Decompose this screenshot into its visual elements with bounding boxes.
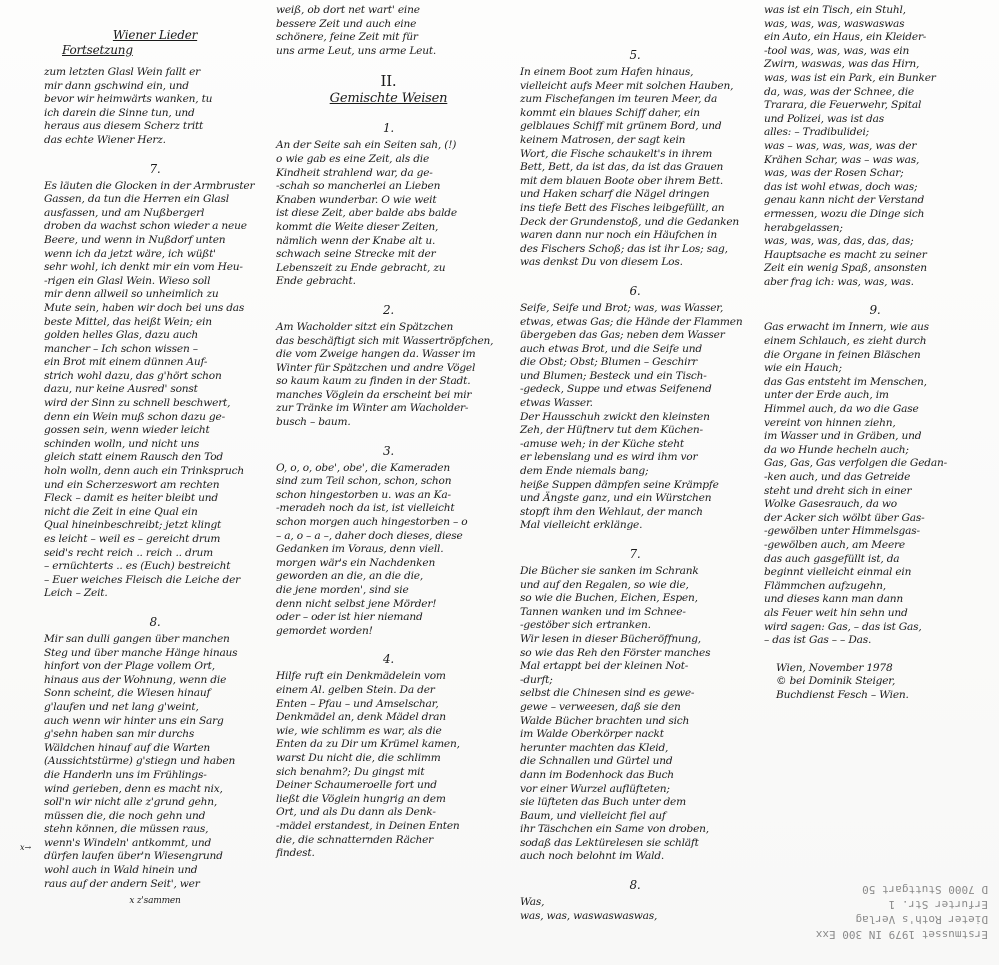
text-line: Seife, Seife und Brot; was, was Wasser,: [520, 302, 750, 316]
text-line: einem Al. gelben Stein. Da der: [276, 684, 501, 698]
text-line: dazu, nur keine Ausred' sonst: [44, 383, 266, 397]
text-line: wenn ich da jetzt wäre, ich wüßt': [44, 248, 266, 262]
text-line: -tool was, was, was, was ein: [764, 45, 986, 59]
text-line: was ist ein Tisch, ein Stuhl,: [764, 4, 986, 18]
text-line: das ist wohl etwas, doch was;: [764, 181, 986, 195]
text-line: An der Seite sah ein Seiten sah, (!): [276, 139, 501, 153]
text-line: waren dann nur noch ein Häufchen in: [520, 229, 750, 243]
text-line: Am Wacholder sitzt ein Spätzchen: [276, 321, 501, 335]
text-line: wird der Sinn zu schnell beschwert,: [44, 397, 266, 411]
text-line: ließt die Vöglein hungrig an dem: [276, 793, 501, 807]
section-number: 3.: [276, 444, 501, 458]
text-line: auch noch belohnt im Wald.: [520, 850, 750, 864]
text-line: © bei Dominik Steiger,: [776, 675, 986, 689]
text-line: In einem Boot zum Hafen hinaus,: [520, 66, 750, 80]
text-line: so wie das Reh den Förster manches: [520, 647, 750, 661]
text-line: schwach seine Strecke mit der: [276, 248, 501, 262]
text-line: Beere, und wenn in Nußdorf unten: [44, 234, 266, 248]
text-line: droben da wachst schon wieder a neue: [44, 220, 266, 234]
text-line: heraus aus diesem Scherz tritt: [44, 120, 266, 134]
text-line: beginnt vielleicht einmal ein: [764, 566, 986, 580]
text-line: Trarara, die Feuerwehr, Spital: [764, 99, 986, 113]
text-line: und ein Scherzeswort am rechten: [44, 479, 266, 493]
text-line: auch wenn wir hinter uns ein Sarg: [44, 715, 266, 729]
text-line: Hauptsache es macht zu seiner: [764, 249, 986, 263]
text-line: schinden wolln, und nicht uns: [44, 438, 266, 452]
text-line: denn nicht selbst jene Mörder!: [276, 598, 501, 612]
footnote: x z'sammen: [44, 895, 266, 909]
text-line: und Ängste ganz, und ein Würstchen: [520, 492, 750, 506]
text-line: Gas erwacht im Innern, wie aus: [764, 321, 986, 335]
text-line: findest.: [276, 847, 501, 861]
text-line: g'laufen und net lang g'weint,: [44, 701, 266, 715]
text-line: Knaben wunderbar. O wie weit: [276, 194, 501, 208]
text-line: und Haken scharf die Nägel dringen: [520, 188, 750, 202]
text-line: beste Mittel, das heißt Wein; ein: [44, 316, 266, 330]
text-line: ihr Täschchen ein Same von droben,: [520, 823, 750, 837]
column-2: weiß, ob dort net wart' einebessere Zeit…: [276, 0, 501, 861]
text-line: Erfurter Str. 1: [778, 897, 988, 912]
text-line: Deiner Schaumeroelle fort und: [276, 779, 501, 793]
text-line: das beschäftigt sich mit Wassertröpfchen…: [276, 335, 501, 349]
text-line: die Organe in feinen Bläschen: [764, 349, 986, 363]
text-line: Wir lesen in dieser Bücheröffnung,: [520, 633, 750, 647]
text-line: weiß, ob dort net wart' eine: [276, 4, 501, 18]
part-number: II.: [276, 72, 501, 90]
text-line: die Obst; Obst; Blumen – Geschirr: [520, 356, 750, 370]
text-line: Die Bücher sie sanken im Schrank: [520, 565, 750, 579]
text-line: sie lüfteten das Buch unter dem: [520, 796, 750, 810]
text-line: hinaus aus der Wohnung, wenn die: [44, 674, 266, 688]
text-line: Leich – Zeit.: [44, 587, 266, 601]
section-number: 8.: [44, 615, 266, 629]
text-line: raus auf der andern Seit', wer: [44, 878, 266, 892]
text-line: wind gerieben, denn es macht nix,: [44, 783, 266, 797]
section-text: In einem Boot zum Hafen hinaus,vielleich…: [520, 66, 750, 270]
text-line: selbst die Chinesen sind es gewe-: [520, 687, 750, 701]
text-line: zum letzten Glasl Wein fallt er: [44, 66, 266, 80]
text-line: Ort, und als Du dann als Denk-: [276, 806, 501, 820]
text-line: bevor wir heimwärts wanken, tu: [44, 93, 266, 107]
section-number: 1.: [276, 121, 501, 135]
text-line: Krähen Schar, was – was was,: [764, 154, 986, 168]
text-line: das auch gasgefüllt ist, da: [764, 553, 986, 567]
text-line: manches Vöglein da erscheint bei mir: [276, 389, 501, 403]
text-line: einem Schlauch, es zieht durch: [764, 335, 986, 349]
text-line: Winter für Spätzchen und andre Vögel: [276, 362, 501, 376]
text-line: etwas, etwas Gas; die Hände der Flammen: [520, 316, 750, 330]
text-line: denn ein Wein muß schon dazu ge-: [44, 411, 266, 425]
column-3: 5.In einem Boot zum Hafen hinaus,viellei…: [520, 34, 750, 923]
text-line: etwas Wasser.: [520, 397, 750, 411]
text-line: -ken auch, und das Getreide: [764, 471, 986, 485]
text-line: Walde Bücher brachten und sich: [520, 715, 750, 729]
text-line: wenn's Windeln' antkommt, und: [44, 837, 266, 851]
text-line: o wie gab es eine Zeit, als die: [276, 153, 501, 167]
text-line: aber frag ich: was, was, was.: [764, 276, 986, 290]
text-line: steht und dreht sich in einer: [764, 485, 986, 499]
subtitle: Fortsetzung: [62, 43, 266, 58]
text-line: was, was, was, das, das, das;: [764, 235, 986, 249]
text-line: herunter machten das Kleid,: [520, 742, 750, 756]
text-line: der Acker sich wölbt über Gas-: [764, 512, 986, 526]
text-line: Mir san dulli gangen über manchen: [44, 633, 266, 647]
text-line: Zwirn, waswas, was das Hirn,: [764, 58, 986, 72]
text-line: Flämmchen aufzugehn,: [764, 580, 986, 594]
text-line: Mal vielleicht erklänge.: [520, 519, 750, 533]
text-line: Was,: [520, 896, 750, 910]
text-line: sind zum Teil schon, schon, schon: [276, 475, 501, 489]
text-line: -gestöber sich ertranken.: [520, 619, 750, 633]
text-line: gossen sein, wenn wieder leicht: [44, 424, 266, 438]
text-line: -mädel erstandest, in Deinen Enten: [276, 820, 501, 834]
text-line: -gewölben unter Himmelsgas-: [764, 525, 986, 539]
text-line: Fleck – damit es heiter bleibt und: [44, 492, 266, 506]
text-line: vor einer Wurzel auflüfteten;: [520, 783, 750, 797]
text-line: gleich statt einem Rausch den Tod: [44, 451, 266, 465]
text-line: Wort, die Fische schaukelt's in ihrem: [520, 148, 750, 162]
text-line: Wien, November 1978: [776, 662, 986, 676]
text-line: so kaum kaum zu finden in der Stadt.: [276, 375, 501, 389]
text-line: Dieter Roth's Verlag: [778, 912, 988, 927]
section-number: 7.: [520, 547, 750, 561]
text-line: sehr wohl, ich denkt mir ein vom Heu-: [44, 261, 266, 275]
text-line: ich darein die Sinne tun, und: [44, 107, 266, 121]
text-line: mancher – Ich schon wissen –: [44, 343, 266, 357]
text-line: vielleicht aufs Meer mit solchen Hauben,: [520, 80, 750, 94]
section-text: Hilfe ruft ein Denkmädelein vomeinem Al.…: [276, 670, 501, 860]
text-line: Gedanken im Voraus, denn viell.: [276, 543, 501, 557]
text-line: warst Du nicht die, die schlimm: [276, 752, 501, 766]
text-line: seid's recht reich .. reich .. drum: [44, 547, 266, 561]
section-number: 4.: [276, 652, 501, 666]
text-line: was – was, was, was, was der: [764, 140, 986, 154]
text-line: Zeh, der Hüftnerv tut dem Küchen-: [520, 424, 750, 438]
text-line: im Walde Oberkörper nackt: [520, 728, 750, 742]
text-line: hinfort von der Plage vollem Ort,: [44, 660, 266, 674]
text-line: zum Fischefangen im teuren Meer, da: [520, 93, 750, 107]
section-number: 6.: [520, 284, 750, 298]
text-line: was denkst Du von diesem Los.: [520, 256, 750, 270]
column-4: was ist ein Tisch, ein Stuhl,was, was, w…: [764, 0, 986, 703]
text-line: wie ein Hauch;: [764, 362, 986, 376]
text-line: stehn können, die müssen raus,: [44, 823, 266, 837]
text-line: strich wohl dazu, das g'hört schon: [44, 370, 266, 384]
text-line: wie, wie schlimm es war, als die: [276, 725, 501, 739]
text-line: so wie die Buchen, Eichen, Espen,: [520, 592, 750, 606]
sections: 5.In einem Boot zum Hafen hinaus,viellei…: [520, 48, 750, 923]
text-line: da wo Hunde hecheln auch;: [764, 444, 986, 458]
text-line: ein Brot mit einem dünnen Auf-: [44, 356, 266, 370]
title: Wiener Lieder: [44, 28, 266, 43]
text-line: Es läuten die Glocken in der Armbruster: [44, 180, 266, 194]
section-text: Am Wacholder sitzt ein Spätzchendas besc…: [276, 321, 501, 430]
text-line: – a, o – a –, daher doch dieses, diese: [276, 530, 501, 544]
text-line: und dieses kann man dann: [764, 593, 986, 607]
section-text: Was,was, was, waswaswaswas,: [520, 896, 750, 923]
text-line: D 7000 Stuttgart 50: [778, 882, 988, 897]
text-line: dann im Bodenhock das Buch: [520, 769, 750, 783]
text-line: Himmel auch, da wo die Gase: [764, 403, 986, 417]
text-line: ins tiefe Bett des Fisches leibgefüllt, …: [520, 202, 750, 216]
text-line: ein Auto, ein Haus, ein Kleider-: [764, 31, 986, 45]
text-line: was, was ist ein Park, ein Bunker: [764, 72, 986, 86]
part-title: Gemischte Weisen: [276, 90, 501, 107]
text-line: Lebenszeit zu Ende gebracht, zu: [276, 262, 501, 276]
text-line: Steg und über manche Hänge hinaus: [44, 647, 266, 661]
text-line: was, was, was, waswaswas: [764, 18, 986, 32]
text-line: Ende gebracht.: [276, 275, 501, 289]
text-line: schönere, feine Zeit mit für: [276, 31, 501, 45]
text-line: kommt die Weite dieser Zeiten,: [276, 221, 501, 235]
text-line: -meradeh noch da ist, ist vielleicht: [276, 502, 501, 516]
text-line: Denkmädel an, denk Mädel dran: [276, 711, 501, 725]
section-number: 5.: [520, 48, 750, 62]
text-line: golden helles Glas, dazu auch: [44, 329, 266, 343]
text-line: ist diese Zeit, aber balde abs balde: [276, 207, 501, 221]
text-line: Erstmusset 1979 IN 300 Exx: [778, 927, 988, 942]
text-line: was, was, waswaswaswas,: [520, 910, 750, 924]
text-line: das echte Wiener Herz.: [44, 134, 266, 148]
text-line: (Aussichtstürme) g'stiegn und haben: [44, 755, 266, 769]
publisher-stamp: Erstmusset 1979 IN 300 ExxDieter Roth's …: [778, 882, 988, 942]
text-line: – das ist Gas – – Das.: [764, 634, 986, 648]
text-line: Qual hineinbeschreibt; jetzt klingt: [44, 519, 266, 533]
text-line: des Fischers Schoß; das ist ihr Los; sag…: [520, 243, 750, 257]
text-line: herabgelassen;: [764, 222, 986, 236]
section-number: 9.: [764, 303, 986, 317]
text-line: ausfassen, und am Nußbergerl: [44, 207, 266, 221]
text-line: unter der Erde auch, im: [764, 389, 986, 403]
text-line: O, o, o, obe', obe', die Kameraden: [276, 462, 501, 476]
text-line: mir dann gschwind ein, und: [44, 80, 266, 94]
text-line: gewe – verweesen, daß sie den: [520, 701, 750, 715]
text-line: busch – baum.: [276, 416, 501, 430]
text-line: mit dem blauen Boote ober ihrem Bett.: [520, 175, 750, 189]
continuation-text: weiß, ob dort net wart' einebessere Zeit…: [276, 4, 501, 58]
text-line: alles: – Tradibulidei;: [764, 126, 986, 140]
text-line: vereint von hinnen ziehn,: [764, 417, 986, 431]
text-line: mir denn allweil so unheimlich zu: [44, 288, 266, 302]
text-line: schon morgen auch hingestorben – o: [276, 516, 501, 530]
manuscript-page: Wiener Lieder Fortsetzung zum letzten Gl…: [0, 0, 999, 965]
text-line: da, was, was der Schnee, die: [764, 86, 986, 100]
text-line: kommt ein blaues Schiff daher, ein: [520, 107, 750, 121]
column-1: Wiener Lieder Fortsetzung zum letzten Gl…: [44, 28, 266, 909]
text-line: Buchdienst Fesch – Wien.: [776, 689, 986, 703]
text-line: als Feuer weit hin sehn und: [764, 607, 986, 621]
text-line: dürfen laufen über'n Wiesengrund: [44, 850, 266, 864]
text-line: sich benahm?; Du gingst mit: [276, 766, 501, 780]
text-line: die vom Zweige hangen da. Wasser im: [276, 348, 501, 362]
text-line: und Polizei, was ist das: [764, 113, 986, 127]
text-line: Gassen, da tun die Herren ein Glasl: [44, 193, 266, 207]
text-line: das Gas entsteht im Menschen,: [764, 376, 986, 390]
text-line: auch etwas Brot, und die Seife und: [520, 343, 750, 357]
margin-marker: x→: [20, 843, 31, 852]
sections: 1.An der Seite sah ein Seiten sah, (!)o …: [276, 121, 501, 860]
text-line: stopft ihm den Wehlaut, der manch: [520, 506, 750, 520]
text-line: -gedeck, Suppe und etwas Seifenend: [520, 383, 750, 397]
text-line: – ernüchterts .. es (Euch) bestreicht: [44, 560, 266, 574]
text-line: wird sagen: Gas, – das ist Gas,: [764, 621, 986, 635]
text-line: gemordet worden!: [276, 625, 501, 639]
text-line: Wolke Gasesrauch, da wo: [764, 498, 986, 512]
text-line: nicht die Zeit in eine Qual ein: [44, 506, 266, 520]
text-line: – Euer weiches Fleisch die Leiche der: [44, 574, 266, 588]
text-line: und auf den Regalen, so wie die,: [520, 579, 750, 593]
section-9-text: Gas erwacht im Innern, wie auseinem Schl…: [764, 321, 986, 647]
text-line: oder – oder ist hier niemand: [276, 611, 501, 625]
text-line: -amuse weh; in der Küche steht: [520, 438, 750, 452]
section-text: Seife, Seife und Brot; was, was Wasser,e…: [520, 302, 750, 533]
section-8-text: Mir san dulli gangen über manchenSteg un…: [44, 633, 266, 891]
text-line: gelblaues Schiff mit grünem Bord, und: [520, 120, 750, 134]
text-line: schon hingestorben u. was an Ka-: [276, 489, 501, 503]
text-line: übergeben das Gas; neben dem Wasser: [520, 329, 750, 343]
text-line: es leicht – weil es – gereicht drum: [44, 533, 266, 547]
text-line: keinem Matrosen, der sagt kein: [520, 134, 750, 148]
text-line: Sonn scheint, die Wiesen hinauf: [44, 687, 266, 701]
continuation-text: was ist ein Tisch, ein Stuhl,was, was, w…: [764, 4, 986, 289]
colophon: Wien, November 1978© bei Dominik Steiger…: [764, 662, 986, 703]
text-line: -rigen ein Glasl Wein. Wieso soll: [44, 275, 266, 289]
text-line: und Blumen; Besteck und ein Tisch-: [520, 370, 750, 384]
text-line: Mute sein, haben wir doch bei uns das: [44, 302, 266, 316]
text-line: Tannen wanken und im Schnee-: [520, 606, 750, 620]
text-line: -durft;: [520, 674, 750, 688]
text-line: Deck der Grundenstoß, und die Gedanken: [520, 216, 750, 230]
text-line: Wäldchen hinauf auf die Warten: [44, 742, 266, 756]
text-line: sodaß das Lektürelesen sie schläft: [520, 837, 750, 851]
text-line: dem Ende niemals bang;: [520, 465, 750, 479]
text-line: Enten da zu Dir um Krümel kamen,: [276, 738, 501, 752]
text-line: wohl auch in Wald hinein und: [44, 864, 266, 878]
intro-text: zum letzten Glasl Wein fallt ermir dann …: [44, 66, 266, 148]
text-line: die Handerln uns im Frühlings-: [44, 769, 266, 783]
text-line: uns arme Leut, uns arme Leut.: [276, 45, 501, 59]
text-line: ermessen, wozu die Dinge sich: [764, 208, 986, 222]
text-line: im Wasser und in Gräben, und: [764, 430, 986, 444]
section-7-text: Es läuten die Glocken in der ArmbrusterG…: [44, 180, 266, 601]
section-text: An der Seite sah ein Seiten sah, (!)o wi…: [276, 139, 501, 289]
text-line: er lebenslang und es wird ihm vor: [520, 451, 750, 465]
text-line: bessere Zeit und auch eine: [276, 18, 501, 32]
text-line: soll'n wir nicht alle z'grund gehn,: [44, 796, 266, 810]
text-line: nämlich wenn der Knabe alt u.: [276, 235, 501, 249]
text-line: Bett, Bett, da ist das, da ist das Graue…: [520, 161, 750, 175]
section-number: 7.: [44, 162, 266, 176]
section-text: Die Bücher sie sanken im Schrankund auf …: [520, 565, 750, 864]
text-line: Baum, und vielleicht fiel auf: [520, 810, 750, 824]
text-line: Gas, Gas, Gas verfolgen die Gedan-: [764, 457, 986, 471]
text-line: zur Tränke im Winter am Wacholder-: [276, 402, 501, 416]
section-text: O, o, o, obe', obe', die Kameradensind z…: [276, 462, 501, 639]
section-number: 2.: [276, 303, 501, 317]
text-line: Der Hausschuh zwickt den kleinsten: [520, 411, 750, 425]
text-line: Mal ertappt bei der kleinen Not-: [520, 660, 750, 674]
text-line: heiße Suppen dämpfen seine Krämpfe: [520, 479, 750, 493]
text-line: Kindheit strahlend war, da ge-: [276, 167, 501, 181]
text-line: Zeit ein wenig Spaß, ansonsten: [764, 262, 986, 276]
text-line: die jene morden', sind sie: [276, 584, 501, 598]
section-number: 8.: [520, 878, 750, 892]
text-line: morgen wär's ein Nachdenken: [276, 557, 501, 571]
text-line: müssen die, die noch gehn und: [44, 810, 266, 824]
text-line: genau kann nicht der Verstand: [764, 194, 986, 208]
text-line: Enten – Pfau – und Amselschar,: [276, 698, 501, 712]
text-line: holn wolln, denn auch ein Trinkspruch: [44, 465, 266, 479]
text-line: die, die schnatternden Rächer: [276, 834, 501, 848]
text-line: g'sehn haben san mir durchs: [44, 728, 266, 742]
text-line: Hilfe ruft ein Denkmädelein vom: [276, 670, 501, 684]
text-line: was, was der Rosen Schar;: [764, 167, 986, 181]
text-line: -schah so mancherlei an Lieben: [276, 180, 501, 194]
text-line: geworden an die, an die die,: [276, 570, 501, 584]
text-line: -gewölben auch, am Meere: [764, 539, 986, 553]
text-line: die Schnallen und Gürtel und: [520, 755, 750, 769]
